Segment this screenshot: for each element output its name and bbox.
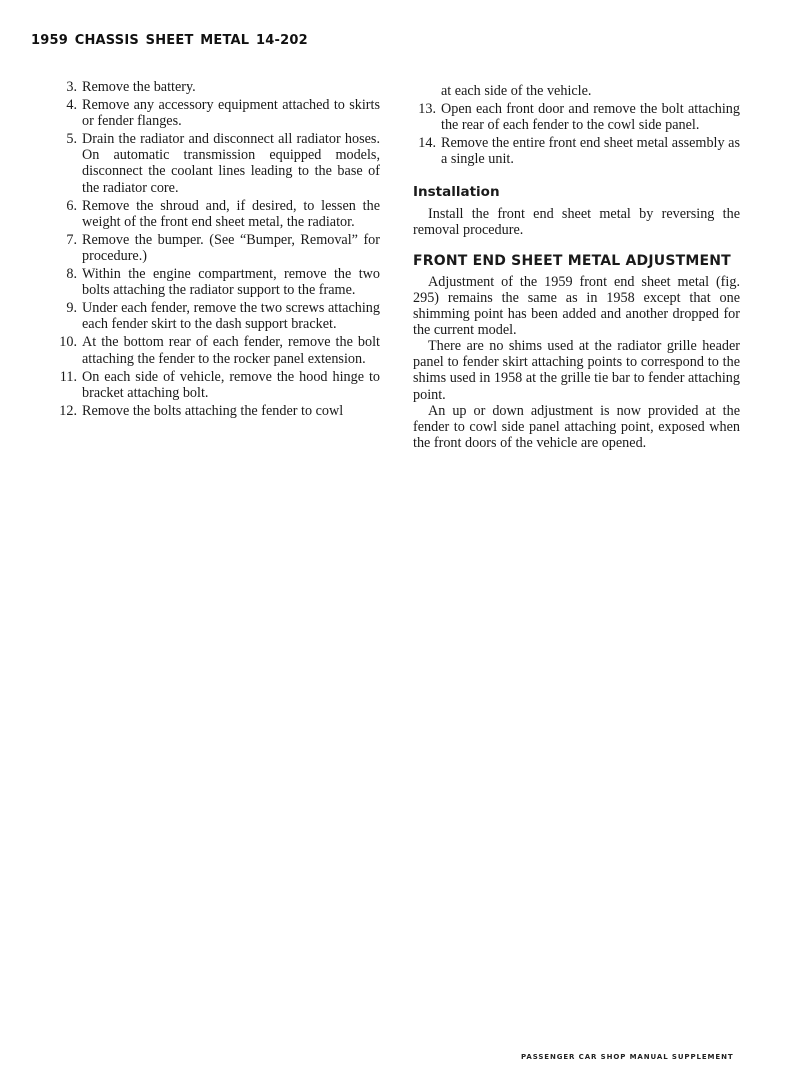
step-text: Remove the bumper. (See “Bumper, Removal…	[82, 232, 380, 264]
step-text: On each side of vehicle, remove the hood…	[82, 369, 380, 401]
step-13: 13.Open each front door and remove the b…	[413, 101, 740, 133]
step-number: 13.	[413, 101, 441, 133]
adjustment-paragraph-3: An up or down adjustment is now provided…	[413, 403, 740, 451]
step-text: Remove the battery.	[82, 79, 380, 95]
adjustment-paragraph-1: Adjustment of the 1959 front end sheet m…	[413, 274, 740, 338]
adjustment-paragraph-2: There are no shims used at the radiator …	[413, 338, 740, 402]
step-text: Remove the bolts attaching the fender to…	[82, 403, 380, 419]
adjustment-heading: FRONT END SHEET METAL ADJUSTMENT	[413, 253, 740, 269]
right-column: at each side of the vehicle. 13.Open eac…	[413, 83, 740, 451]
step-9: 9.Under each fender, remove the two scre…	[54, 300, 380, 332]
step-4: 4.Remove any accessory equipment attache…	[54, 97, 380, 129]
step-number: 5.	[54, 131, 82, 195]
step-14: 14.Remove the entire front end sheet met…	[413, 135, 740, 167]
step-10: 10.At the bottom rear of each fender, re…	[54, 334, 380, 366]
step-6: 6.Remove the shroud and, if desired, to …	[54, 198, 380, 230]
step-8: 8.Within the engine compartment, remove …	[54, 266, 380, 298]
step-12-continuation: at each side of the vehicle.	[413, 83, 740, 99]
step-text: Remove any accessory equipment attached …	[82, 97, 380, 129]
installation-heading: Installation	[413, 184, 740, 200]
step-number: 12.	[54, 403, 82, 419]
step-text: At the bottom rear of each fender, remov…	[82, 334, 380, 366]
step-number: 14.	[413, 135, 441, 167]
step-number: 3.	[54, 79, 82, 95]
step-12: 12.Remove the bolts attaching the fender…	[54, 403, 380, 419]
step-5: 5.Drain the radiator and disconnect all …	[54, 131, 380, 195]
page-footer: PASSENGER CAR SHOP MANUAL SUPPLEMENT	[521, 1053, 734, 1061]
step-number: 9.	[54, 300, 82, 332]
installation-text: Install the front end sheet metal by rev…	[413, 206, 740, 238]
step-text: Remove the shroud and, if desired, to le…	[82, 198, 380, 230]
step-3: 3.Remove the battery.	[54, 79, 380, 95]
step-number: 10.	[54, 334, 82, 366]
step-text: Remove the entire front end sheet metal …	[441, 135, 740, 167]
step-text: Open each front door and remove the bolt…	[441, 101, 740, 133]
step-11: 11.On each side of vehicle, remove the h…	[54, 369, 380, 401]
step-number: 6.	[54, 198, 82, 230]
step-number: 11.	[54, 369, 82, 401]
left-column: 3.Remove the battery. 4.Remove any acces…	[54, 79, 380, 421]
page-header: 1959 CHASSIS SHEET METAL 14-202	[31, 33, 308, 48]
step-text: Drain the radiator and disconnect all ra…	[82, 131, 380, 195]
step-text: Under each fender, remove the two screws…	[82, 300, 380, 332]
step-text: Within the engine compartment, remove th…	[82, 266, 380, 298]
step-number: 4.	[54, 97, 82, 129]
step-number: 7.	[54, 232, 82, 264]
step-7: 7.Remove the bumper. (See “Bumper, Remov…	[54, 232, 380, 264]
step-number: 8.	[54, 266, 82, 298]
